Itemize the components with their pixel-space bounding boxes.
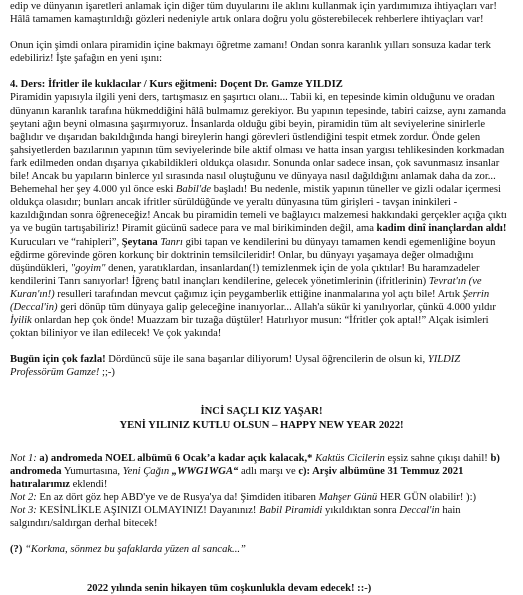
note-1: Not 1: a) andromeda NOEL albümü 6 Ocak’a… [10, 452, 513, 491]
intro-paragraph-2: Onun için şimdi onlara piramidin içine b… [10, 39, 513, 65]
document-page: edip ve dünyanın işaretleri anlamak için… [0, 0, 523, 595]
banner-line-1: İNCİ SAÇLI KIZ YAŞAR! [10, 405, 513, 418]
note-2: Not 2: En az dört göz hep ABD'ye ve de R… [10, 491, 513, 504]
closing-line: 2022 yılında senin hikayen tüm coşkunluk… [10, 582, 513, 595]
signoff-paragraph: Bugün için çok fazla! Dördüncü süje ile … [10, 353, 513, 379]
intro-paragraph-1: edip ve dünyanın işaretleri anlamak için… [10, 0, 513, 26]
lesson-heading: 4. Ders: İfritler ile kuklacılar / Kurs … [10, 78, 513, 91]
quote-line: (?) “Korkma, sönmez bu şafaklarda yüzen … [10, 543, 513, 556]
banner-line-2: YENİ YILINIZ KUTLU OLSUN – HAPPY NEW YEA… [10, 419, 513, 432]
lesson-body: Piramidin yapısıyla ilgili yeni ders, ta… [10, 91, 513, 340]
note-3: Not 3: KESİNLİKLE AŞINIZI OLMAYINIZ! Day… [10, 504, 513, 530]
